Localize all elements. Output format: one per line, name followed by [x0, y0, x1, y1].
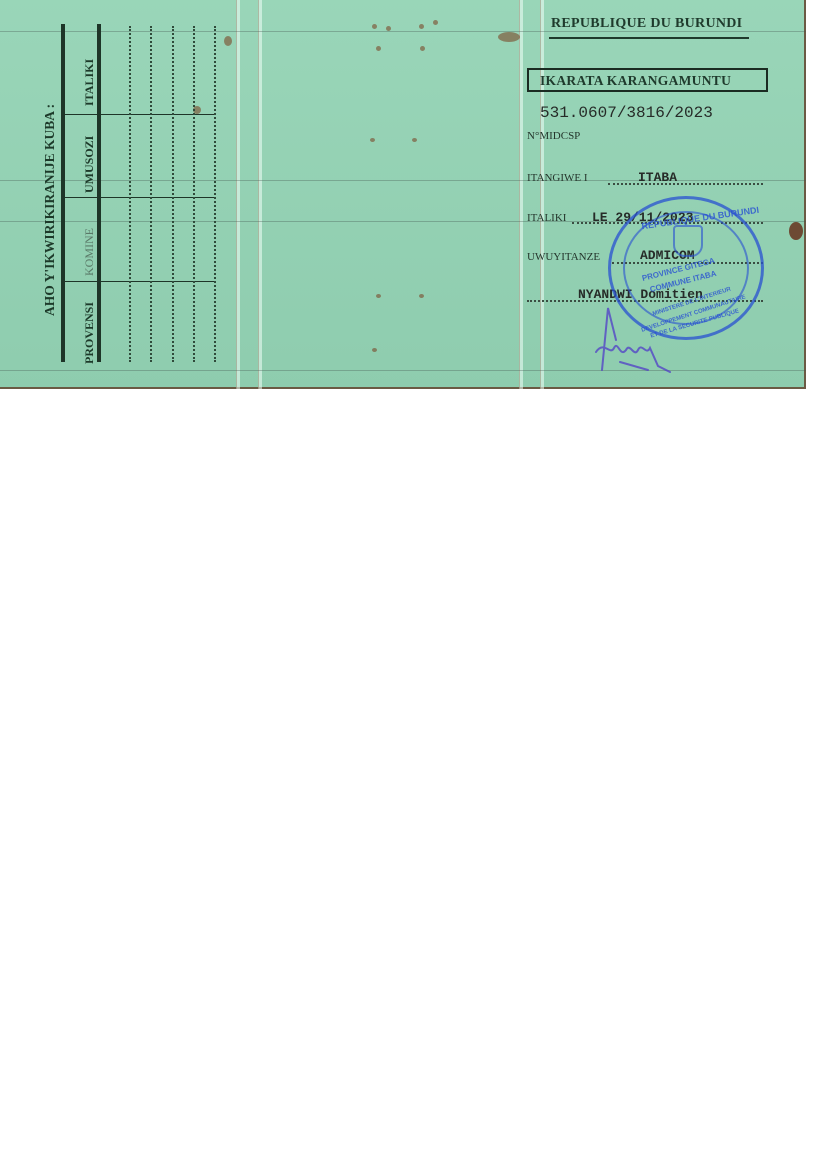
hole	[386, 26, 391, 31]
hole	[372, 24, 377, 29]
hole	[420, 46, 425, 51]
issued-at-value: ITABA	[638, 170, 677, 185]
issuer-label: UWUYITANZE	[527, 251, 600, 263]
hole	[376, 46, 381, 51]
hole	[370, 138, 375, 142]
print-line	[0, 180, 806, 181]
table-row-line	[150, 26, 152, 362]
issued-at-dots	[608, 183, 763, 185]
number-label: N°MIDCSP	[527, 130, 580, 142]
column-header-umusozi: UMUSOZI	[82, 136, 97, 193]
column-header-provensi: PROVENSI	[82, 302, 97, 364]
card-title: IKARATA KARANGAMUNTU	[540, 73, 731, 89]
coat-of-arms-icon	[673, 225, 703, 257]
card-title-box: IKARATA KARANGAMUNTU	[527, 68, 768, 92]
stain	[498, 32, 520, 42]
residence-heading: AHO Y'IKWIRIKIRANIJE KUBA :	[42, 104, 58, 316]
hole	[419, 24, 424, 29]
signature-icon	[590, 300, 680, 375]
issued-at-label: ITANGIWE I	[527, 172, 588, 184]
id-card: AHO Y'IKWIRIKIRANIJE KUBA : PROVENSI KOM…	[0, 0, 806, 389]
print-line	[0, 370, 806, 371]
table-header-border	[97, 24, 101, 362]
country-underline	[549, 37, 749, 39]
fold-line	[258, 0, 262, 389]
table-row-line	[172, 26, 174, 362]
stain	[789, 222, 803, 240]
hole	[372, 348, 377, 352]
table-row-line	[214, 26, 216, 362]
fold-line	[540, 0, 544, 389]
stain	[224, 36, 232, 46]
hole	[376, 294, 381, 298]
hole	[412, 138, 417, 142]
country-name: REPUBLIQUE DU BURUNDI	[551, 16, 742, 32]
table-row-line	[193, 26, 195, 362]
fold-line	[236, 0, 240, 389]
column-header-komine: KOMINE	[82, 228, 97, 276]
hole	[419, 294, 424, 298]
column-header-italiki: ITALIKI	[82, 59, 97, 106]
table-row-line	[129, 26, 131, 362]
hole	[433, 20, 438, 25]
fold-line	[519, 0, 523, 389]
table-border-left	[61, 24, 65, 362]
date-label: ITALIKI	[527, 212, 566, 224]
card-number: 531.0607/3816/2023	[540, 104, 713, 122]
